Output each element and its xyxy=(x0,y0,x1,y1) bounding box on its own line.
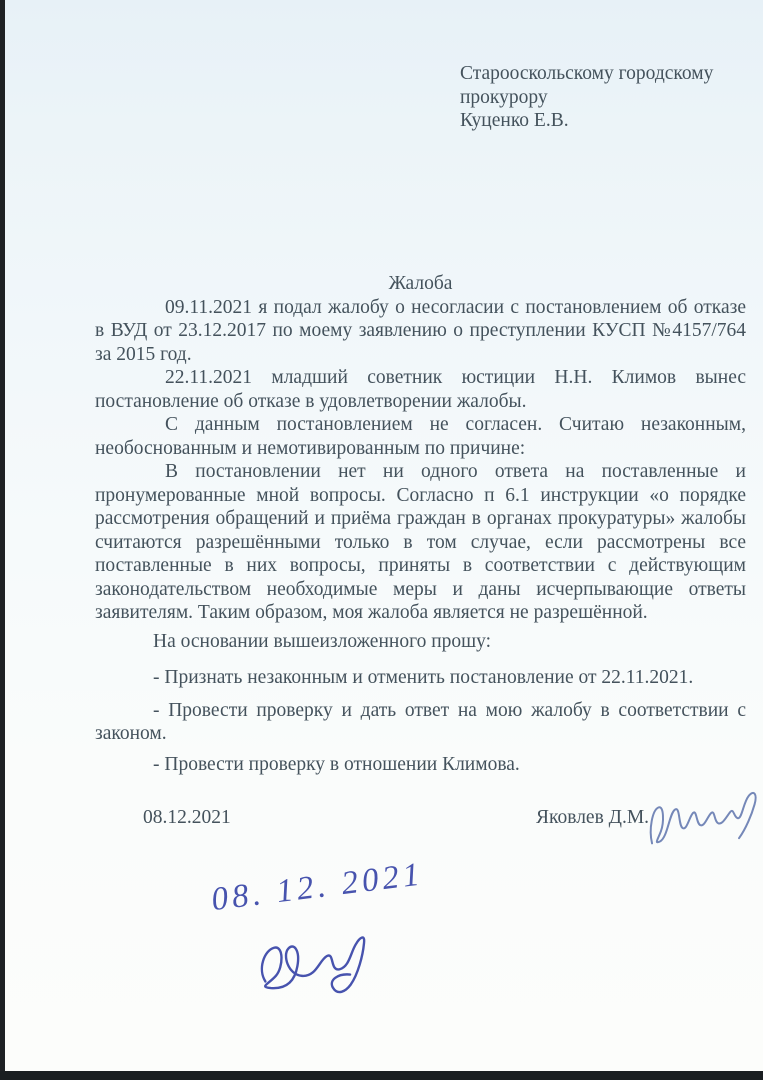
scanned-complaint-page: Старооскольскому городскому прокурору Ку… xyxy=(0,0,763,1080)
handwritten-date: 08. 12. 2021 xyxy=(209,856,425,919)
recipient-line: Куценко Е.В. xyxy=(460,109,713,133)
petition-item: - Провести проверку в отношении Климова. xyxy=(95,753,746,777)
scan-edge-left xyxy=(0,0,5,1080)
document-body: Жалоба 09.11.2021 я подал жалобу о несог… xyxy=(95,272,746,776)
signer-name: Яковлев Д.М. xyxy=(536,806,649,830)
recipient-line: Старооскольскому городскому xyxy=(460,62,713,86)
body-paragraph: 09.11.2021 я подал жалобу о несогласии с… xyxy=(95,296,746,367)
document-title: Жалоба xyxy=(95,272,746,296)
recipient-line: прокурору xyxy=(460,86,713,110)
body-paragraph: 22.11.2021 младший советник юстиции Н.Н.… xyxy=(95,366,746,413)
petition-item: - Признать незаконным и отменить постано… xyxy=(95,666,746,690)
body-paragraph: С данным постановлением не согласен. Счи… xyxy=(95,413,746,460)
body-paragraph: В постановлении нет ни одного ответа на … xyxy=(95,460,746,625)
scan-edge-bottom xyxy=(0,1071,763,1080)
signature-date: 08.12.2021 xyxy=(143,806,231,830)
petition-intro: На основании вышеизложенного прошу: xyxy=(95,630,746,654)
recipient-block: Старооскольскому городскому прокурору Ку… xyxy=(460,62,713,133)
petition-item: - Провести проверку и дать ответ на мою … xyxy=(95,699,746,746)
handwritten-signature-scribble xyxy=(248,918,380,1002)
yakovlev-signature-scribble xyxy=(643,792,761,850)
